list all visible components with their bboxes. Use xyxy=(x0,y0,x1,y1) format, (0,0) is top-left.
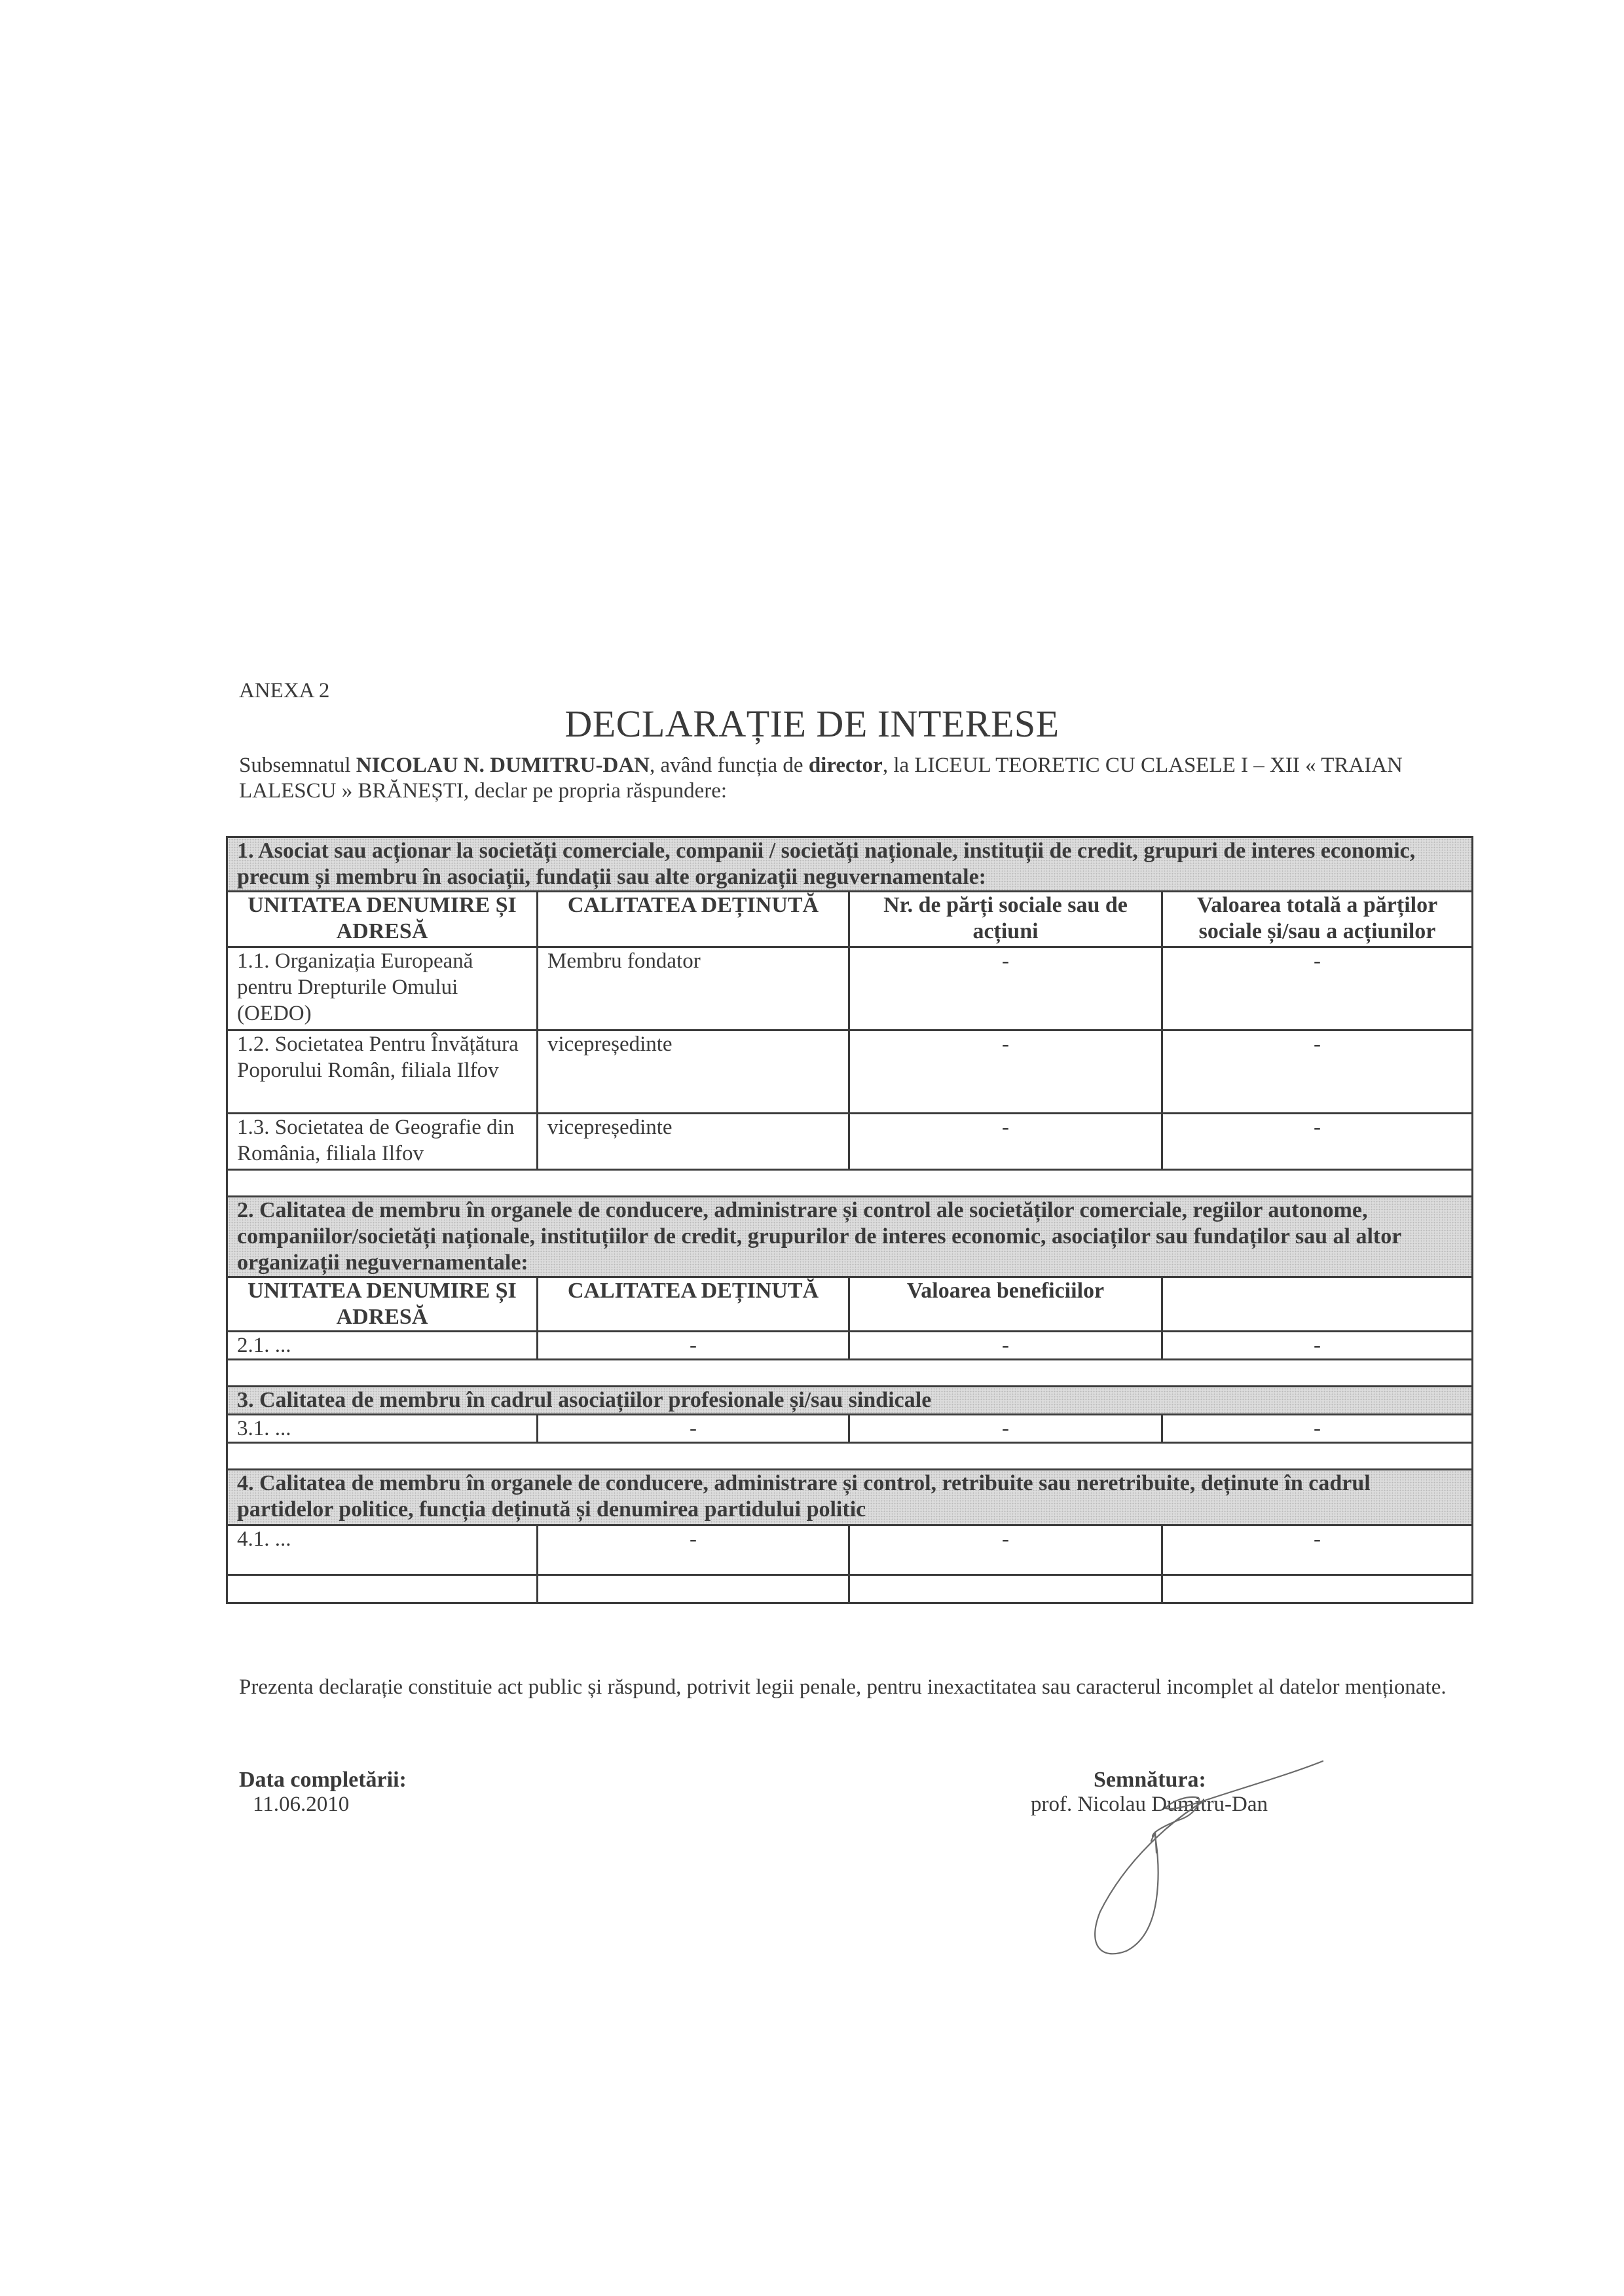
cell-col-3: - xyxy=(849,1415,1162,1443)
cell-unit: 2.1. ... xyxy=(227,1332,538,1360)
date-label: Data completării: xyxy=(239,1768,407,1793)
section-spacer xyxy=(227,1360,1473,1387)
cell-shares-value: - xyxy=(1162,1114,1473,1170)
cell-role: vicepreședinte xyxy=(538,1114,849,1170)
document-title: DECLARAȚIE DE INTERESE xyxy=(0,702,1624,746)
cell-shares-value: - xyxy=(1162,947,1473,1030)
column-header-shares-count: Nr. de părți sociale sau de acțiuni xyxy=(849,892,1162,947)
cell-col-2: - xyxy=(538,1415,849,1443)
cell-unit: 1.1. Organizația Europeană pentru Dreptu… xyxy=(227,947,538,1030)
cell-extra: - xyxy=(1162,1332,1473,1360)
intro-middle: , având funcția de xyxy=(650,754,809,777)
cell-role: vicepreședinte xyxy=(538,1030,849,1114)
table-row xyxy=(227,1575,1473,1603)
column-header-unit: UNITATEA DENUMIRE ȘI ADRESĂ xyxy=(227,1277,538,1332)
column-header-benefits-value: Valoarea beneficiilor xyxy=(849,1277,1162,1332)
section-1-column-headers: UNITATEA DENUMIRE ȘI ADRESĂ CALITATEA DE… xyxy=(227,892,1473,947)
cell-shares-count: - xyxy=(849,947,1162,1030)
date-value: 11.06.2010 xyxy=(253,1793,349,1817)
section-4-heading: 4. Calitatea de membru în organele de co… xyxy=(227,1470,1473,1525)
cell-benefits-value: - xyxy=(849,1332,1162,1360)
cell-unit: 1.3. Societatea de Geografie din România… xyxy=(227,1114,538,1170)
table-row: 4.1. ... - - - xyxy=(227,1525,1473,1575)
cell-col-3: - xyxy=(849,1525,1162,1575)
cell-unit: 3.1. ... xyxy=(227,1415,538,1443)
declarant-name: NICOLAU N. DUMITRU-DAN xyxy=(356,754,650,777)
declaration-table: 1. Asociat sau acționar la societăți com… xyxy=(226,836,1473,1604)
section-3-heading: 3. Calitatea de membru în cadrul asociaț… xyxy=(227,1387,1473,1415)
legal-note: Prezenta declarație constituie act publi… xyxy=(239,1674,1470,1700)
declarant-intro: Subsemnatul NICOLAU N. DUMITRU-DAN, avân… xyxy=(239,753,1470,804)
section-1-heading: 1. Asociat sau acționar la societăți com… xyxy=(227,837,1473,892)
column-header-unit: UNITATEA DENUMIRE ȘI ADRESĂ xyxy=(227,892,538,947)
section-spacer xyxy=(227,1170,1473,1197)
cell-shares-value: - xyxy=(1162,1030,1473,1114)
cell-col-2 xyxy=(538,1575,849,1603)
table-row: 1.2. Societatea Pentru Învățătura Poporu… xyxy=(227,1030,1473,1114)
cell-unit xyxy=(227,1575,538,1603)
cell-col-3 xyxy=(849,1575,1162,1603)
column-header-role: CALITATEA DEȚINUTĂ xyxy=(538,1277,849,1332)
cell-col-4: - xyxy=(1162,1525,1473,1575)
cell-col-4: - xyxy=(1162,1415,1473,1443)
cell-shares-count: - xyxy=(849,1114,1162,1170)
table-row: 3.1. ... - - - xyxy=(227,1415,1473,1443)
cell-shares-count: - xyxy=(849,1030,1162,1114)
section-2-column-headers: UNITATEA DENUMIRE ȘI ADRESĂ CALITATEA DE… xyxy=(227,1277,1473,1332)
cell-col-4 xyxy=(1162,1575,1473,1603)
table-row: 1.3. Societatea de Geografie din România… xyxy=(227,1114,1473,1170)
table-row: 2.1. ... - - - xyxy=(227,1332,1473,1360)
cell-col-2: - xyxy=(538,1525,849,1575)
table-row: 1.1. Organizația Europeană pentru Dreptu… xyxy=(227,947,1473,1030)
declarant-function: director xyxy=(809,754,883,777)
cell-unit: 1.2. Societatea Pentru Învățătura Poporu… xyxy=(227,1030,538,1114)
section-spacer xyxy=(227,1443,1473,1470)
cell-role: Membru fondator xyxy=(538,947,849,1030)
handwritten-signature-icon xyxy=(1074,1755,1369,1964)
annex-label: ANEXA 2 xyxy=(239,679,329,703)
cell-role: - xyxy=(538,1332,849,1360)
cell-unit: 4.1. ... xyxy=(227,1525,538,1575)
column-header-empty xyxy=(1162,1277,1473,1332)
intro-prefix: Subsemnatul xyxy=(239,754,356,777)
column-header-role: CALITATEA DEȚINUTĂ xyxy=(538,892,849,947)
column-header-shares-value: Valoarea totală a părților sociale și/sa… xyxy=(1162,892,1473,947)
section-2-heading: 2. Calitatea de membru în organele de co… xyxy=(227,1197,1473,1277)
